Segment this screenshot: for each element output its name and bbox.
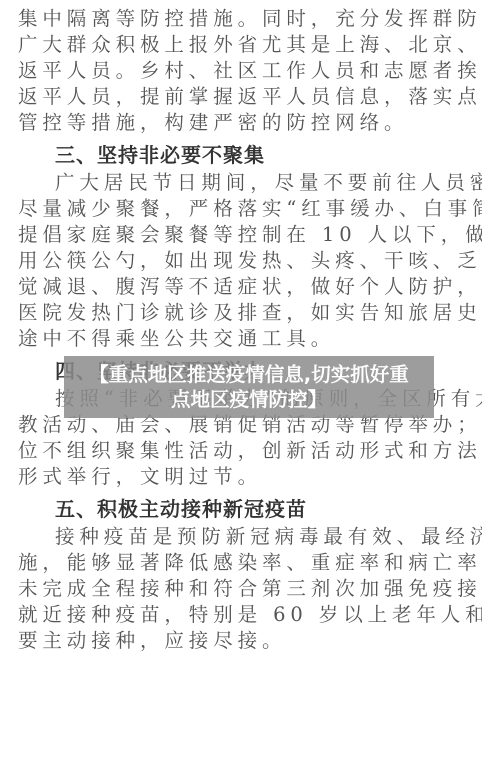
text-line: 提倡家庭聚会聚餐等控制在 10 人以下，做好个人防护，使 [18, 222, 482, 248]
title-overlay-banner: 【重点地区推送疫情信息,切实抓好重点地区疫情防控】 [64, 356, 434, 418]
text-line: 集中隔离等防控措施。同时，充分发挥群防群控优势，鼓励 [18, 6, 482, 32]
text-line: 管控等措施，构建严密的防控网络。 [18, 110, 482, 136]
section-heading-3: 三、坚持非必要不聚集 [18, 140, 482, 170]
banner-title: 【重点地区推送疫情信息,切实抓好重点地区疫情防控】 [84, 362, 414, 412]
text-line: 就近接种疫苗，特别是 60 岁以上老年人和 3 岁至 11 岁儿童 [18, 602, 482, 628]
text-line: 用公筷公勺，如出现发热、头疼、干咳、乏力、咽痛、嗅（味） [18, 248, 482, 274]
text-line: 返平人员，提前掌握返平人员信息，落实点对点转运、精准 [18, 84, 482, 110]
section-heading-5: 五、积极主动接种新冠疫苗 [18, 494, 482, 524]
text-line: 广大群众积极上报外省尤其是上海、北京、烟台、唐山等地 [18, 32, 482, 58]
document-page: 集中隔离等防控措施。同时，充分发挥群防群控优势，鼓励 广大群众积极上报外省尤其是… [18, 6, 482, 654]
paragraph-section-5: 接种疫苗是预防新冠病毒最有效、最经济、最直接的措 施，能够显著降低感染率、重症率… [18, 524, 482, 654]
text-line: 途中不得乘坐公共交通工具。 [18, 326, 482, 352]
text-line: 形式举行，文明过节。 [18, 464, 482, 490]
paragraph-intro: 集中隔离等防控措施。同时，充分发挥群防群控优势，鼓励 广大群众积极上报外省尤其是… [18, 6, 482, 136]
text-line: 广大居民节日期间，尽量不要前往人员密集和密闭场所， [18, 170, 482, 196]
text-line: 觉减退、腹泻等不适症状，做好个人防护，立即前往区人民 [18, 274, 482, 300]
text-line: 尽量减少聚餐，严格落实“红事缓办、白事简办、宴会不办”。 [18, 196, 482, 222]
text-line: 接种疫苗是预防新冠病毒最有效、最经济、最直接的措 [18, 524, 482, 550]
paragraph-section-3: 广大居民节日期间，尽量不要前往人员密集和密闭场所， 尽量减少聚餐，严格落实“红事… [18, 170, 482, 352]
text-line: 位不组织聚集性活动，创新活动形式和方法，提倡采取视频 [18, 438, 482, 464]
text-line: 要主动接种，应接尽接。 [18, 628, 482, 654]
text-line: 医院发热门诊就诊及排查，如实告知旅居史及接触史，就医 [18, 300, 482, 326]
text-line: 施，能够显著降低感染率、重症率和病亡率。请尚未接种、 [18, 550, 482, 576]
text-line: 返平人员。乡村、社区工作人员和志愿者挨门逐户摸排有意 [18, 58, 482, 84]
text-line: 未完成全程接种和符合第三剂次加强免疫接种的市民，尽早 [18, 576, 482, 602]
